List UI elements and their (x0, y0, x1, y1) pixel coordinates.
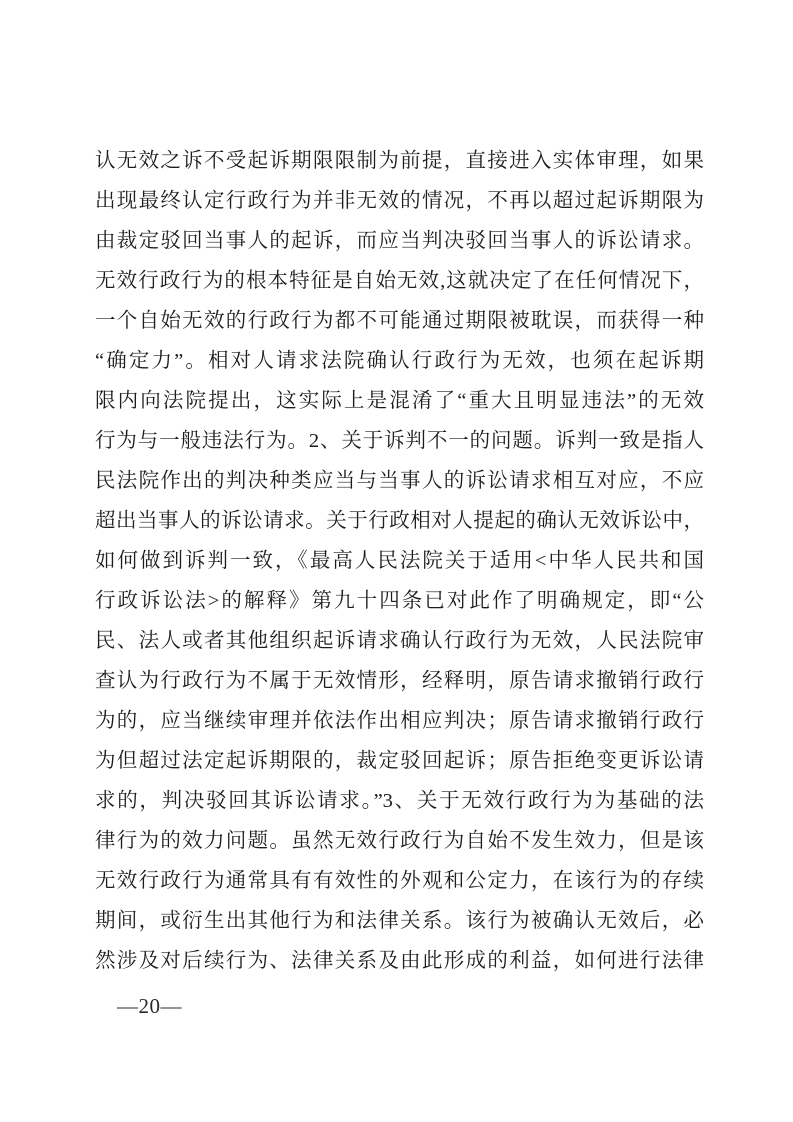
page-number: —20— (117, 993, 182, 1019)
text-line: 行为与一般违法行为。2、关于诉判不一的问题。诉判一致是指人 (95, 421, 704, 461)
text-line: 由裁定驳回当事人的起诉，而应当判决驳回当事人的诉讼请求。 (95, 221, 704, 261)
text-line: 为但超过法定起诉期限的，裁定驳回起诉；原告拒绝变更诉讼请 (95, 741, 704, 781)
text-line: 期间，或衍生出其他行为和法律关系。该行为被确认无效后，必 (95, 901, 704, 941)
text-line: 为的，应当继续审理并依法作出相应判决；原告请求撤销行政行 (95, 701, 704, 741)
text-line: “确定力”。相对人请求法院确认行政行为无效，也须在起诉期 (95, 341, 704, 381)
body-text: 认无效之诉不受起诉期限限制为前提，直接进入实体审理，如果 出现最终认定行政行为并… (95, 141, 704, 981)
text-line: 无效行政行为的根本特征是自始无效,这就决定了在任何情况下， (95, 261, 704, 301)
text-line: 律行为的效力问题。虽然无效行政行为自始不发生效力，但是该 (95, 821, 704, 861)
text-line: 如何做到诉判一致，《最高人民法院关于适用<中华人民共和国 (95, 541, 704, 581)
text-line: 无效行政行为通常具有有效性的外观和公定力，在该行为的存续 (95, 861, 704, 901)
text-line: 民法院作出的判决种类应当与当事人的诉讼请求相互对应，不应 (95, 461, 704, 501)
text-line: 超出当事人的诉讼请求。关于行政相对人提起的确认无效诉讼中， (95, 501, 704, 541)
text-line: 民、法人或者其他组织起诉请求确认行政行为无效，人民法院审 (95, 621, 704, 661)
text-line: 一个自始无效的行政行为都不可能通过期限被耽误，而获得一种 (95, 301, 704, 341)
document-page: 认无效之诉不受起诉期限限制为前提，直接进入实体审理，如果 出现最终认定行政行为并… (0, 0, 793, 1122)
text-line: 行政诉讼法>的解释》第九十四条已对此作了明确规定，即“公 (95, 581, 704, 621)
text-line: 认无效之诉不受起诉期限限制为前提，直接进入实体审理，如果 (95, 141, 704, 181)
text-line: 然涉及对后续行为、法律关系及由此形成的利益，如何进行法律 (95, 941, 704, 981)
text-line: 查认为行政行为不属于无效情形，经释明，原告请求撤销行政行 (95, 661, 704, 701)
text-line: 限内向法院提出，这实际上是混淆了“重大且明显违法”的无效 (95, 381, 704, 421)
text-line: 求的，判决驳回其诉讼请求。”3、关于无效行政行为为基础的法 (95, 781, 704, 821)
text-line: 出现最终认定行政行为并非无效的情况，不再以超过起诉期限为 (95, 181, 704, 221)
